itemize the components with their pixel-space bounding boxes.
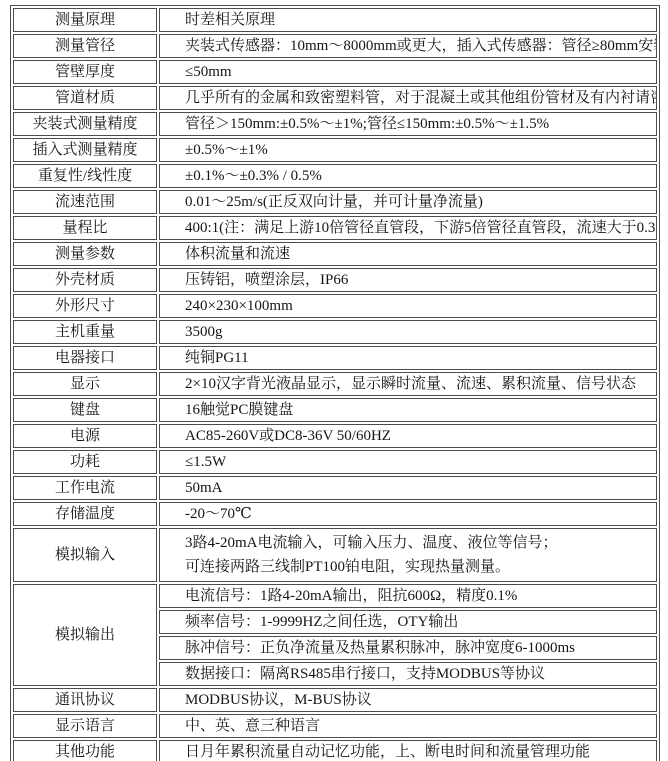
spec-sheet-page: 测量原理 时差相关原理 测量管径 夹装式传感器：10mm～8000mm或更大，插… (0, 0, 668, 761)
spec-label: 量程比 (13, 216, 157, 240)
spec-label: 键盘 (13, 398, 157, 422)
table-row: 电器接口 纯铜PG11 (13, 346, 657, 370)
spec-label: 功耗 (13, 450, 157, 474)
spec-value: 压铸铝，喷塑涂层，IP66 (159, 268, 657, 292)
table-row: 量程比 400:1(注：满足上游10倍管径直管段，下游5倍管径直管段，流速大于0… (13, 216, 657, 240)
spec-label: 显示语言 (13, 714, 157, 738)
table-row: 管道材质 几乎所有的金属和致密塑料管，对于混凝土或其他组份管材及有内衬请咨询 (13, 86, 657, 110)
spec-label: 电器接口 (13, 346, 157, 370)
spec-value: ≤1.5W (159, 450, 657, 474)
table-row: 工作电流 50mA (13, 476, 657, 500)
table-row: 通讯协议 MODBUS协议，M-BUS协议 (13, 688, 657, 712)
spec-label: 管壁厚度 (13, 60, 157, 84)
table-row: 显示语言 中、英、意三种语言 (13, 714, 657, 738)
table-row: 重复性/线性度 ±0.1%～±0.3% / 0.5% (13, 164, 657, 188)
spec-value: 夹装式传感器：10mm～8000mm或更大，插入式传感器：管径≥80mm安装 (159, 34, 657, 58)
spec-label: 通讯协议 (13, 688, 157, 712)
spec-value: 3500g (159, 320, 657, 344)
spec-value-line: 可连接两路三线制PT100铂电阻，实现热量测量。 (185, 555, 653, 579)
spec-value: ±0.1%～±0.3% / 0.5% (159, 164, 657, 188)
spec-value: ±0.5%～±1% (159, 138, 657, 162)
table-row: 功耗 ≤1.5W (13, 450, 657, 474)
spec-value: ≤50mm (159, 60, 657, 84)
spec-value: AC85-260V或DC8-36V 50/60HZ (159, 424, 657, 448)
table-row: 插入式测量精度 ±0.5%～±1% (13, 138, 657, 162)
table-row: 显示 2×10汉字背光液晶显示，显示瞬时流量、流速、累积流量、信号状态 (13, 372, 657, 396)
spec-label: 外壳材质 (13, 268, 157, 292)
spec-label: 模拟输出 (13, 584, 157, 686)
spec-value: 时差相关原理 (159, 8, 657, 32)
spec-label: 工作电流 (13, 476, 157, 500)
spec-value: 体积流量和流速 (159, 242, 657, 266)
table-row: 夹装式测量精度 管径＞150mm:±0.5%～±1%;管径≤150mm:±0.5… (13, 112, 657, 136)
table-row: 主机重量 3500g (13, 320, 657, 344)
table-row: 测量参数 体积流量和流速 (13, 242, 657, 266)
spec-value: 50mA (159, 476, 657, 500)
spec-value-line: 3路4-20mA电流输入，可输入压力、温度、液位等信号； (185, 531, 653, 555)
spec-value: 频率信号：1-9999HZ之间任选，OTY输出 (159, 610, 657, 634)
spec-label: 其他功能 (13, 740, 157, 761)
spec-label: 存储温度 (13, 502, 157, 526)
spec-value: 电流信号：1路4-20mA输出，阻抗600Ω，精度0.1% (159, 584, 657, 608)
table-row: 存储温度 -20～70℃ (13, 502, 657, 526)
spec-label: 重复性/线性度 (13, 164, 157, 188)
spec-label: 流速范围 (13, 190, 157, 214)
spec-value: MODBUS协议，M-BUS协议 (159, 688, 657, 712)
spec-value: 240×230×100mm (159, 294, 657, 318)
spec-label: 插入式测量精度 (13, 138, 157, 162)
spec-value: 日月年累积流量自动记忆功能，上、断电时间和流量管理功能 (159, 740, 657, 761)
spec-label: 显示 (13, 372, 157, 396)
spec-value: 数据接口：隔离RS485串行接口，支持MODBUS等协议 (159, 662, 657, 686)
table-row: 其他功能 日月年累积流量自动记忆功能，上、断电时间和流量管理功能 (13, 740, 657, 761)
table-row: 电源 AC85-260V或DC8-36V 50/60HZ (13, 424, 657, 448)
spec-value: 脉冲信号：正负净流量及热量累积脉冲，脉冲宽度6-1000ms (159, 636, 657, 660)
spec-label: 模拟输入 (13, 528, 157, 582)
spec-label: 测量管径 (13, 34, 157, 58)
spec-label: 电源 (13, 424, 157, 448)
table-row: 管壁厚度 ≤50mm (13, 60, 657, 84)
spec-label: 测量参数 (13, 242, 157, 266)
spec-value: 几乎所有的金属和致密塑料管，对于混凝土或其他组份管材及有内衬请咨询 (159, 86, 657, 110)
table-row-analog-output: 模拟输出 电流信号：1路4-20mA输出，阻抗600Ω，精度0.1% (13, 584, 657, 608)
spec-value: 3路4-20mA电流输入，可输入压力、温度、液位等信号； 可连接两路三线制PT1… (159, 528, 657, 582)
spec-value: 16触觉PC膜键盘 (159, 398, 657, 422)
spec-label: 测量原理 (13, 8, 157, 32)
spec-label: 主机重量 (13, 320, 157, 344)
spec-value: 中、英、意三种语言 (159, 714, 657, 738)
table-row: 外形尺寸 240×230×100mm (13, 294, 657, 318)
table-row: 外壳材质 压铸铝，喷塑涂层，IP66 (13, 268, 657, 292)
spec-label: 外形尺寸 (13, 294, 157, 318)
spec-value: 2×10汉字背光液晶显示，显示瞬时流量、流速、累积流量、信号状态 (159, 372, 657, 396)
spec-value: 0.01～25m/s(正反双向计量，并可计量净流量) (159, 190, 657, 214)
spec-value: 管径＞150mm:±0.5%～±1%;管径≤150mm:±0.5%～±1.5% (159, 112, 657, 136)
table-row: 测量原理 时差相关原理 (13, 8, 657, 32)
spec-label: 夹装式测量精度 (13, 112, 157, 136)
table-row: 键盘 16触觉PC膜键盘 (13, 398, 657, 422)
spec-label: 管道材质 (13, 86, 157, 110)
table-row: 流速范围 0.01～25m/s(正反双向计量，并可计量净流量) (13, 190, 657, 214)
spec-value: 400:1(注：满足上游10倍管径直管段，下游5倍管径直管段，流速大于0.3m/… (159, 216, 657, 240)
spec-table: 测量原理 时差相关原理 测量管径 夹装式传感器：10mm～8000mm或更大，插… (10, 5, 660, 761)
spec-value: -20～70℃ (159, 502, 657, 526)
table-row: 测量管径 夹装式传感器：10mm～8000mm或更大，插入式传感器：管径≥80m… (13, 34, 657, 58)
table-row-analog-input: 模拟输入 3路4-20mA电流输入，可输入压力、温度、液位等信号； 可连接两路三… (13, 528, 657, 582)
spec-value: 纯铜PG11 (159, 346, 657, 370)
